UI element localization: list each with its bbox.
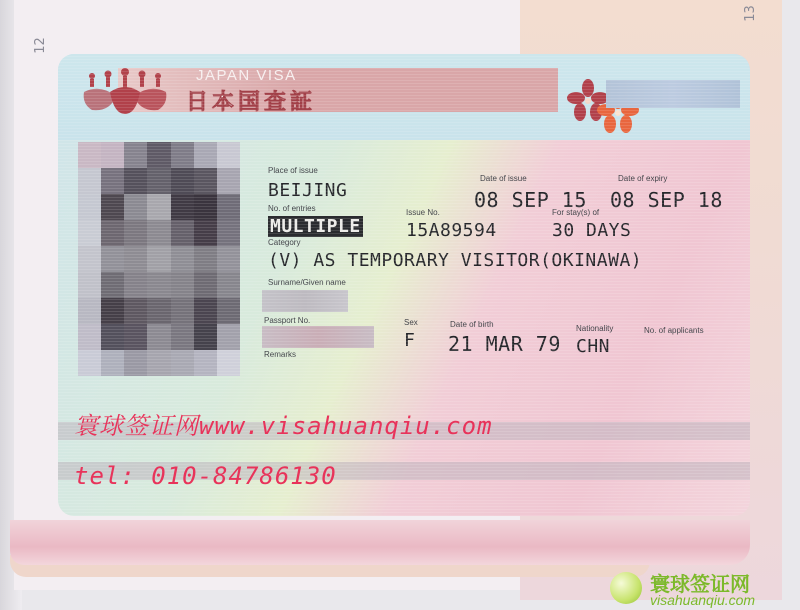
label-nationality: Nationality (576, 324, 613, 333)
value-dob: 21 MAR 79 (448, 332, 561, 356)
label-stay: For stay(s) of (552, 208, 599, 217)
page-number-right: 13 (743, 5, 758, 22)
visa-sticker: JAPAN VISA 日本国查証 Place of issue BEIJING … (58, 54, 750, 516)
label-place-of-issue: Place of issue (268, 166, 318, 175)
label-date-of-issue: Date of issue (480, 174, 527, 183)
value-category: (V) AS TEMPORARY VISITOR(OKINAWA) (268, 250, 642, 271)
label-entries: No. of entries (268, 204, 316, 213)
visa-title-en: JAPAN VISA (196, 67, 297, 84)
watermark-phone: tel: 010-84786130 (74, 462, 337, 490)
value-stay: 30 DAYS (552, 220, 631, 241)
redacted-passport-no (262, 326, 374, 348)
page-edge (10, 520, 750, 565)
paulownia-crest-icon (70, 66, 180, 114)
logo-text-en: visahuanqiu.com (650, 592, 755, 608)
page-number-left: 12 (33, 37, 48, 54)
label-remarks: Remarks (264, 350, 296, 359)
label-date-of-expiry: Date of expiry (618, 174, 667, 183)
value-sex: F (404, 330, 415, 351)
value-entries: MULTIPLE (268, 216, 363, 237)
label-sex: Sex (404, 318, 418, 327)
value-nationality: CHN (576, 336, 610, 357)
value-place-of-issue: BEIJING (268, 180, 347, 201)
label-dob: Date of birth (450, 320, 494, 329)
label-issue-no: Issue No. (406, 208, 440, 217)
value-date-of-expiry: 08 SEP 18 (610, 188, 723, 212)
redacted-visa-number (606, 80, 740, 108)
visa-title-jp: 日本国查証 (186, 85, 316, 116)
redacted-name (262, 290, 348, 312)
value-issue-no: 15A89594 (406, 220, 497, 241)
label-name: Surname/Given name (268, 278, 346, 287)
watermark-website: 寰球签证网www.visahuanqiu.com (74, 406, 493, 441)
site-logo: 寰球签证网 visahuanqiu.com (610, 568, 800, 610)
label-passport-no: Passport No. (264, 316, 310, 325)
label-applicants: No. of applicants (644, 326, 704, 335)
label-category: Category (268, 238, 300, 247)
title-band (118, 68, 558, 112)
redacted-photo (78, 142, 240, 376)
globe-icon (610, 572, 642, 604)
